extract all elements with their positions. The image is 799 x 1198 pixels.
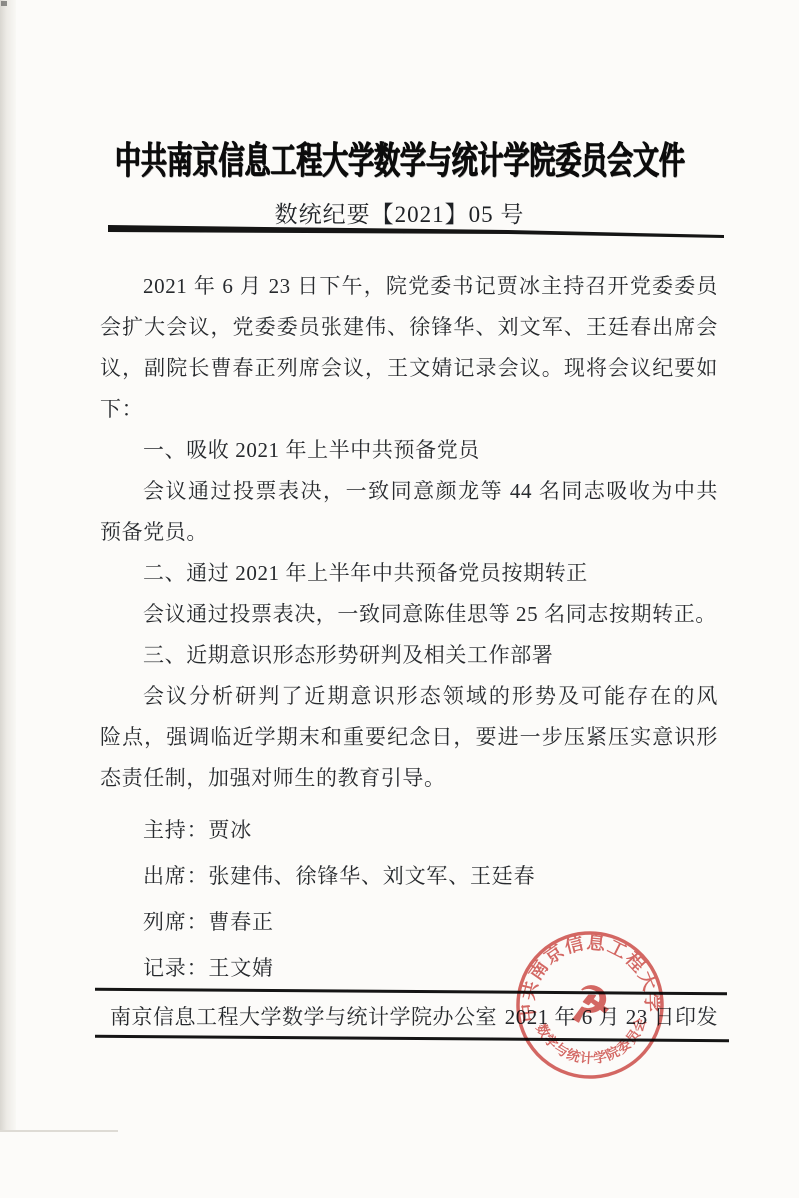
scanned-document-page: { "document": { "title": "中共南京信息工程大学数学与统…	[0, 0, 799, 1198]
hammer-and-sickle-icon: ☭	[567, 978, 614, 1034]
paragraph-line: 会议通过投票表决，一致同意颜龙等 44 名同志吸收为中共	[100, 471, 718, 512]
role-attendees: 出席：张建伟、徐锋华、刘文军、王廷春	[100, 853, 718, 899]
paragraph-line: 险点，强调临近学期末和重要纪念日，要进一步压紧压实意识形	[100, 717, 718, 758]
section-heading-1: 一、吸收 2021 年上半中共预备党员	[100, 430, 718, 471]
role-host: 主持：贾冰	[100, 807, 718, 853]
official-seal-stamp: 中共南京信息工程大学 数学与统计学院委员会 ☭	[483, 898, 696, 1111]
paragraph-line: 会扩大会议，党委委员张建伟、徐锋华、刘文军、王廷春出席会	[100, 307, 718, 348]
paragraph-line: 会议通过投票表决，一致同意陈佳思等 25 名同志按期转正。	[100, 594, 718, 635]
paragraph-line: 预备党员。	[100, 512, 718, 553]
scan-page-bottom-edge	[0, 1130, 118, 1132]
scan-corner-speck	[1, 1, 7, 6]
issuing-office: 南京信息工程大学数学与统计学院办公室	[110, 1001, 497, 1031]
paragraph-line: 2021 年 6 月 23 日下午，院党委书记贾冰主持召开党委委员	[100, 266, 718, 307]
paragraph-line: 下：	[100, 389, 718, 430]
section-heading-3: 三、近期意识形态形势研判及相关工作部署	[100, 635, 718, 676]
paragraph-line: 会议分析研判了近期意识形态领域的形势及可能存在的风	[100, 676, 718, 717]
paragraph-line: 态责任制，加强对师生的教育引导。	[100, 758, 718, 799]
document-header: 中共南京信息工程大学数学与统计学院委员会文件	[0, 130, 799, 184]
document-title: 中共南京信息工程大学数学与统计学院委员会文件	[115, 130, 685, 184]
header-rule-line	[108, 224, 724, 242]
document-body: 2021 年 6 月 23 日下午，院党委书记贾冰主持召开党委委员 会扩大会议，…	[100, 266, 718, 799]
section-heading-2: 二、通过 2021 年上半年中共预备党员按期转正	[100, 553, 718, 594]
paragraph-line: 议，副院长曹春正列席会议，王文婧记录会议。现将会议纪要如	[100, 348, 718, 389]
